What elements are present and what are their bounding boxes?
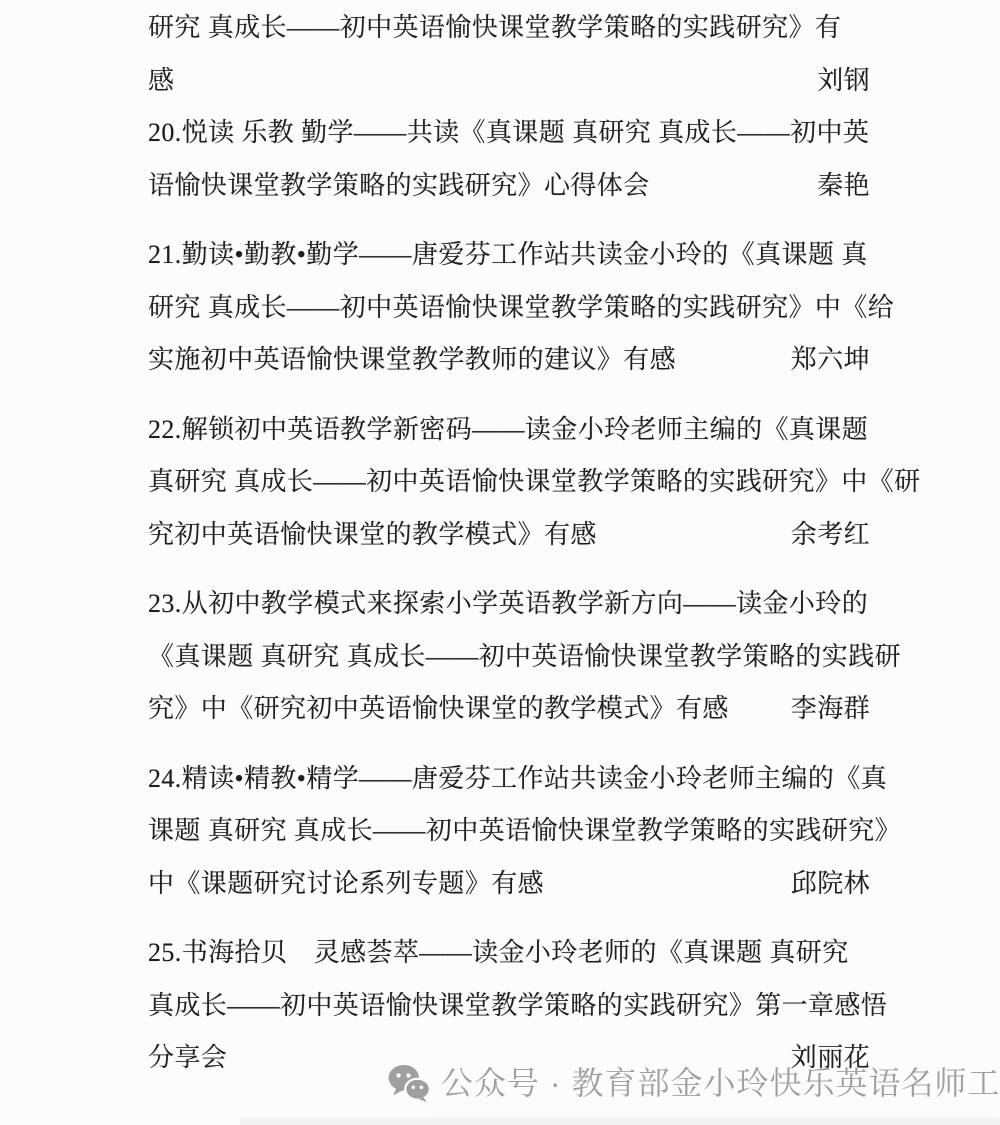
list-item: 23.从初中教学模式来探索小学英语教学新方向——读金小玲的 《真课题 真研究 真… bbox=[148, 578, 870, 736]
list-item: 25.书海拾贝 灵感荟萃——读金小玲老师的《真课题 真研究 真成长——初中英语愉… bbox=[148, 927, 870, 1085]
text-line: 感 刘钢 bbox=[148, 55, 870, 108]
author-name: 邱院林 bbox=[791, 858, 870, 911]
reading-notes-list: 研究 真成长——初中英语愉快课堂教学策略的实践研究》有 感 刘钢 20.悦读 乐… bbox=[148, 2, 870, 1085]
item-text: 实施初中英语愉快课堂教学教师的建议》有感 bbox=[148, 334, 676, 387]
scan-artifact bbox=[430, 1105, 992, 1118]
text-line: 20.悦读 乐教 勤学——共读《真课题 真研究 真成长——初中英 bbox=[148, 107, 870, 160]
author-name: 刘丽花 bbox=[791, 1032, 870, 1085]
author-name: 刘钢 bbox=[817, 55, 870, 108]
item-text: 感 bbox=[148, 55, 174, 108]
text-line: 真成长——初中英语愉快课堂教学策略的实践研究》第一章感悟 bbox=[148, 980, 870, 1033]
list-item: 22.解锁初中英语教学新密码——读金小玲老师主编的《真课题 真研究 真成长——初… bbox=[148, 404, 870, 562]
text-line: 《真课题 真研究 真成长——初中英语愉快课堂教学策略的实践研 bbox=[148, 631, 870, 684]
text-line: 中《课题研究讨论系列专题》有感 邱院林 bbox=[148, 858, 870, 911]
scanned-document-page: 研究 真成长——初中英语愉快课堂教学策略的实践研究》有 感 刘钢 20.悦读 乐… bbox=[0, 0, 1000, 1125]
text-line: 究》中《研究初中英语愉快课堂的教学模式》有感 李海群 bbox=[148, 683, 870, 736]
author-name: 秦艳 bbox=[817, 160, 870, 213]
author-name: 余考红 bbox=[791, 509, 870, 562]
text-line: 实施初中英语愉快课堂教学教师的建议》有感 郑六坤 bbox=[148, 334, 870, 387]
author-name: 郑六坤 bbox=[791, 334, 870, 387]
text-line: 课题 真研究 真成长——初中英语愉快课堂教学策略的实践研究》 bbox=[148, 805, 870, 858]
text-line: 究初中英语愉快课堂的教学模式》有感 余考红 bbox=[148, 509, 870, 562]
item-text: 语愉快课堂教学策略的实践研究》心得体会 bbox=[148, 160, 650, 213]
text-line: 25.书海拾贝 灵感荟萃——读金小玲老师的《真课题 真研究 bbox=[148, 927, 870, 980]
author-name: 李海群 bbox=[791, 683, 870, 736]
text-line: 分享会 刘丽花 bbox=[148, 1032, 870, 1085]
scan-artifact-strip bbox=[240, 1118, 1000, 1125]
item-text: 分享会 bbox=[148, 1032, 227, 1085]
item-text: 究》中《研究初中英语愉快课堂的教学模式》有感 bbox=[148, 683, 729, 736]
item-text: 究初中英语愉快课堂的教学模式》有感 bbox=[148, 509, 597, 562]
text-line: 研究 真成长——初中英语愉快课堂教学策略的实践研究》中《给 bbox=[148, 282, 870, 335]
item-text: 中《课题研究讨论系列专题》有感 bbox=[148, 858, 544, 911]
list-item: 21.勤读•勤教•勤学——唐爱芬工作站共读金小玲的《真课题 真 研究 真成长——… bbox=[148, 229, 870, 387]
text-line: 21.勤读•勤教•勤学——唐爱芬工作站共读金小玲的《真课题 真 bbox=[148, 229, 870, 282]
text-line: 23.从初中教学模式来探索小学英语教学新方向——读金小玲的 bbox=[148, 578, 870, 631]
text-line: 24.精读•精教•精学——唐爱芬工作站共读金小玲老师主编的《真 bbox=[148, 753, 870, 806]
list-item: 研究 真成长——初中英语愉快课堂教学策略的实践研究》有 感 刘钢 bbox=[148, 2, 870, 107]
text-line: 研究 真成长——初中英语愉快课堂教学策略的实践研究》有 bbox=[148, 2, 870, 55]
text-line: 22.解锁初中英语教学新密码——读金小玲老师主编的《真课题 bbox=[148, 404, 870, 457]
list-item: 24.精读•精教•精学——唐爱芬工作站共读金小玲老师主编的《真 课题 真研究 真… bbox=[148, 753, 870, 911]
text-line: 真研究 真成长——初中英语愉快课堂教学策略的实践研究》中《研 bbox=[148, 456, 870, 509]
list-item: 20.悦读 乐教 勤学——共读《真课题 真研究 真成长——初中英 语愉快课堂教学… bbox=[148, 107, 870, 212]
text-line: 语愉快课堂教学策略的实践研究》心得体会 秦艳 bbox=[148, 160, 870, 213]
